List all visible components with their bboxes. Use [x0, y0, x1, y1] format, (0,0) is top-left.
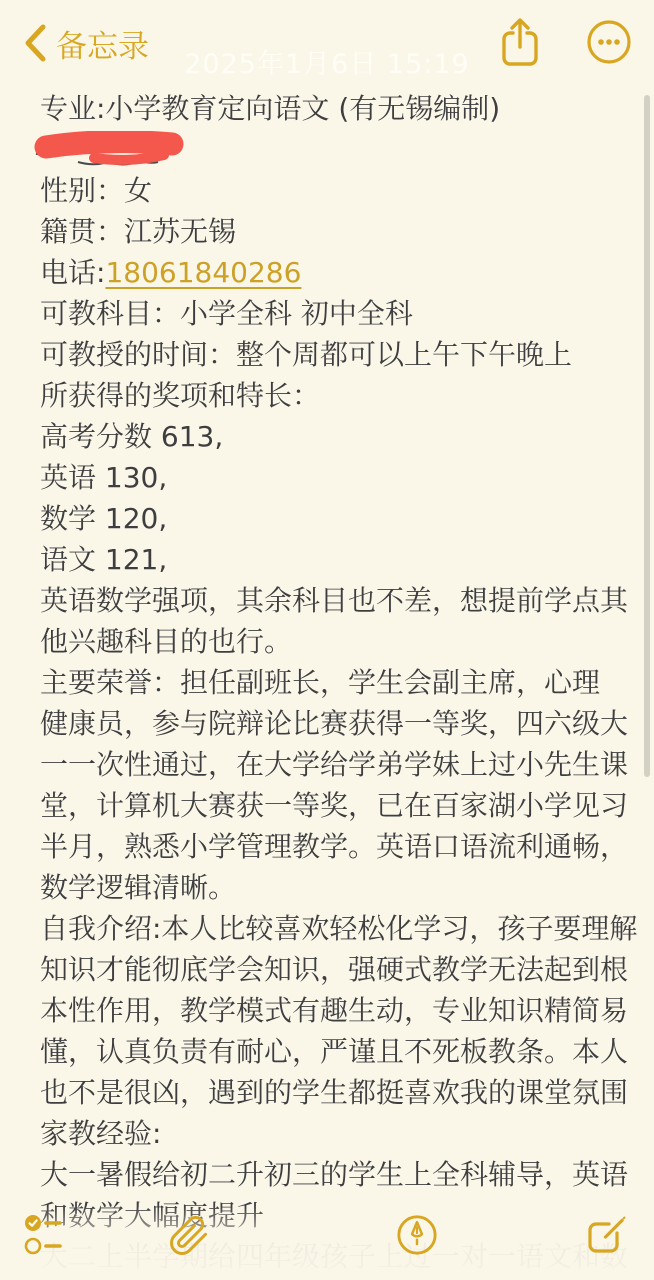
- note-line: 英语数学强项，其余科目也不差，想提前学点其: [40, 580, 630, 621]
- note-line: 可教授的时间：整个周都可以上午下午晚上: [40, 334, 630, 375]
- phone-label: 电话:: [40, 256, 105, 289]
- notes-app-screen: 2025年1月6日 15:19 备忘录: [0, 0, 654, 1280]
- nav-actions: [498, 17, 632, 70]
- note-line: 一一次性通过，在大学给学弟学妹上过小先生课: [40, 744, 630, 785]
- note-line: 数学逻辑清晰。: [40, 867, 630, 908]
- note-line: 所获得的奖项和特长：: [40, 375, 630, 416]
- note-content[interactable]: 专业:小学教育定向语文 (有无锡编制) 性别：女籍贯：江苏无锡电话:180618…: [40, 88, 630, 1277]
- note-line: 性别：女: [40, 170, 630, 211]
- back-button[interactable]: 备忘录: [22, 21, 149, 66]
- note-line: 语文 121,: [40, 539, 630, 580]
- markup-button[interactable]: [396, 1214, 438, 1259]
- note-line: 专业:小学教育定向语文 (有无锡编制): [40, 88, 630, 129]
- note-line: 堂，计算机大赛获一等奖，已在百家湖小学见习: [40, 785, 630, 826]
- note-line-phone: 电话:18061840286: [40, 252, 630, 293]
- checklist-button[interactable]: [24, 1214, 64, 1259]
- note-line: 健康员，参与院辩论比赛获得一等奖，四六级大: [40, 703, 630, 744]
- phone-link[interactable]: 18061840286: [105, 256, 301, 289]
- compose-button[interactable]: [583, 1214, 627, 1261]
- share-icon: [498, 55, 542, 70]
- note-line: 知识才能彻底学会知识，强硬式教学无法起到根: [40, 949, 630, 990]
- nav-bar: 备忘录: [0, 0, 654, 86]
- note-line: 可教科目：小学全科 初中全科: [40, 293, 630, 334]
- attachment-icon: [168, 1246, 210, 1261]
- note-line: 也不是很凶，遇到的学生都挺喜欢我的课堂氛围: [40, 1072, 630, 1113]
- note-line: 数学 120,: [40, 498, 630, 539]
- note-line: 家教经验:: [40, 1113, 630, 1154]
- compose-icon: [583, 1246, 627, 1261]
- scrollbar[interactable]: [644, 95, 650, 777]
- note-line: 本性作用，教学模式有趣生动，专业知识精简易: [40, 990, 630, 1031]
- back-chevron-icon: [22, 23, 48, 63]
- bottom-toolbar: [0, 1206, 654, 1280]
- checklist-icon: [24, 1244, 64, 1259]
- more-icon: [586, 53, 632, 68]
- note-line: 半月，熟悉小学管理教学。英语口语流利通畅，: [40, 826, 630, 867]
- attach-button[interactable]: [168, 1214, 210, 1261]
- note-line: 大一暑假给初二升初三的学生上全科辅导，英语: [40, 1154, 630, 1195]
- markup-icon: [396, 1244, 438, 1259]
- note-line: 懂，认真负责有耐心，严谨且不死板教条。本人: [40, 1031, 630, 1072]
- more-button[interactable]: [586, 19, 632, 68]
- note-line: 主要荣誉：担任副班长，学生会副主席，心理: [40, 662, 630, 703]
- note-line: 他兴趣科目的也行。: [40, 621, 630, 662]
- back-button-label: 备忘录: [56, 21, 149, 66]
- note-line-redacted: [40, 129, 630, 170]
- note-line: 英语 130,: [40, 457, 630, 498]
- share-button[interactable]: [498, 17, 542, 70]
- note-line: 籍贯：江苏无锡: [40, 211, 630, 252]
- note-line: 自我介绍:本人比较喜欢轻松化学习，孩子要理解: [40, 908, 630, 949]
- note-line: 高考分数 613,: [40, 416, 630, 457]
